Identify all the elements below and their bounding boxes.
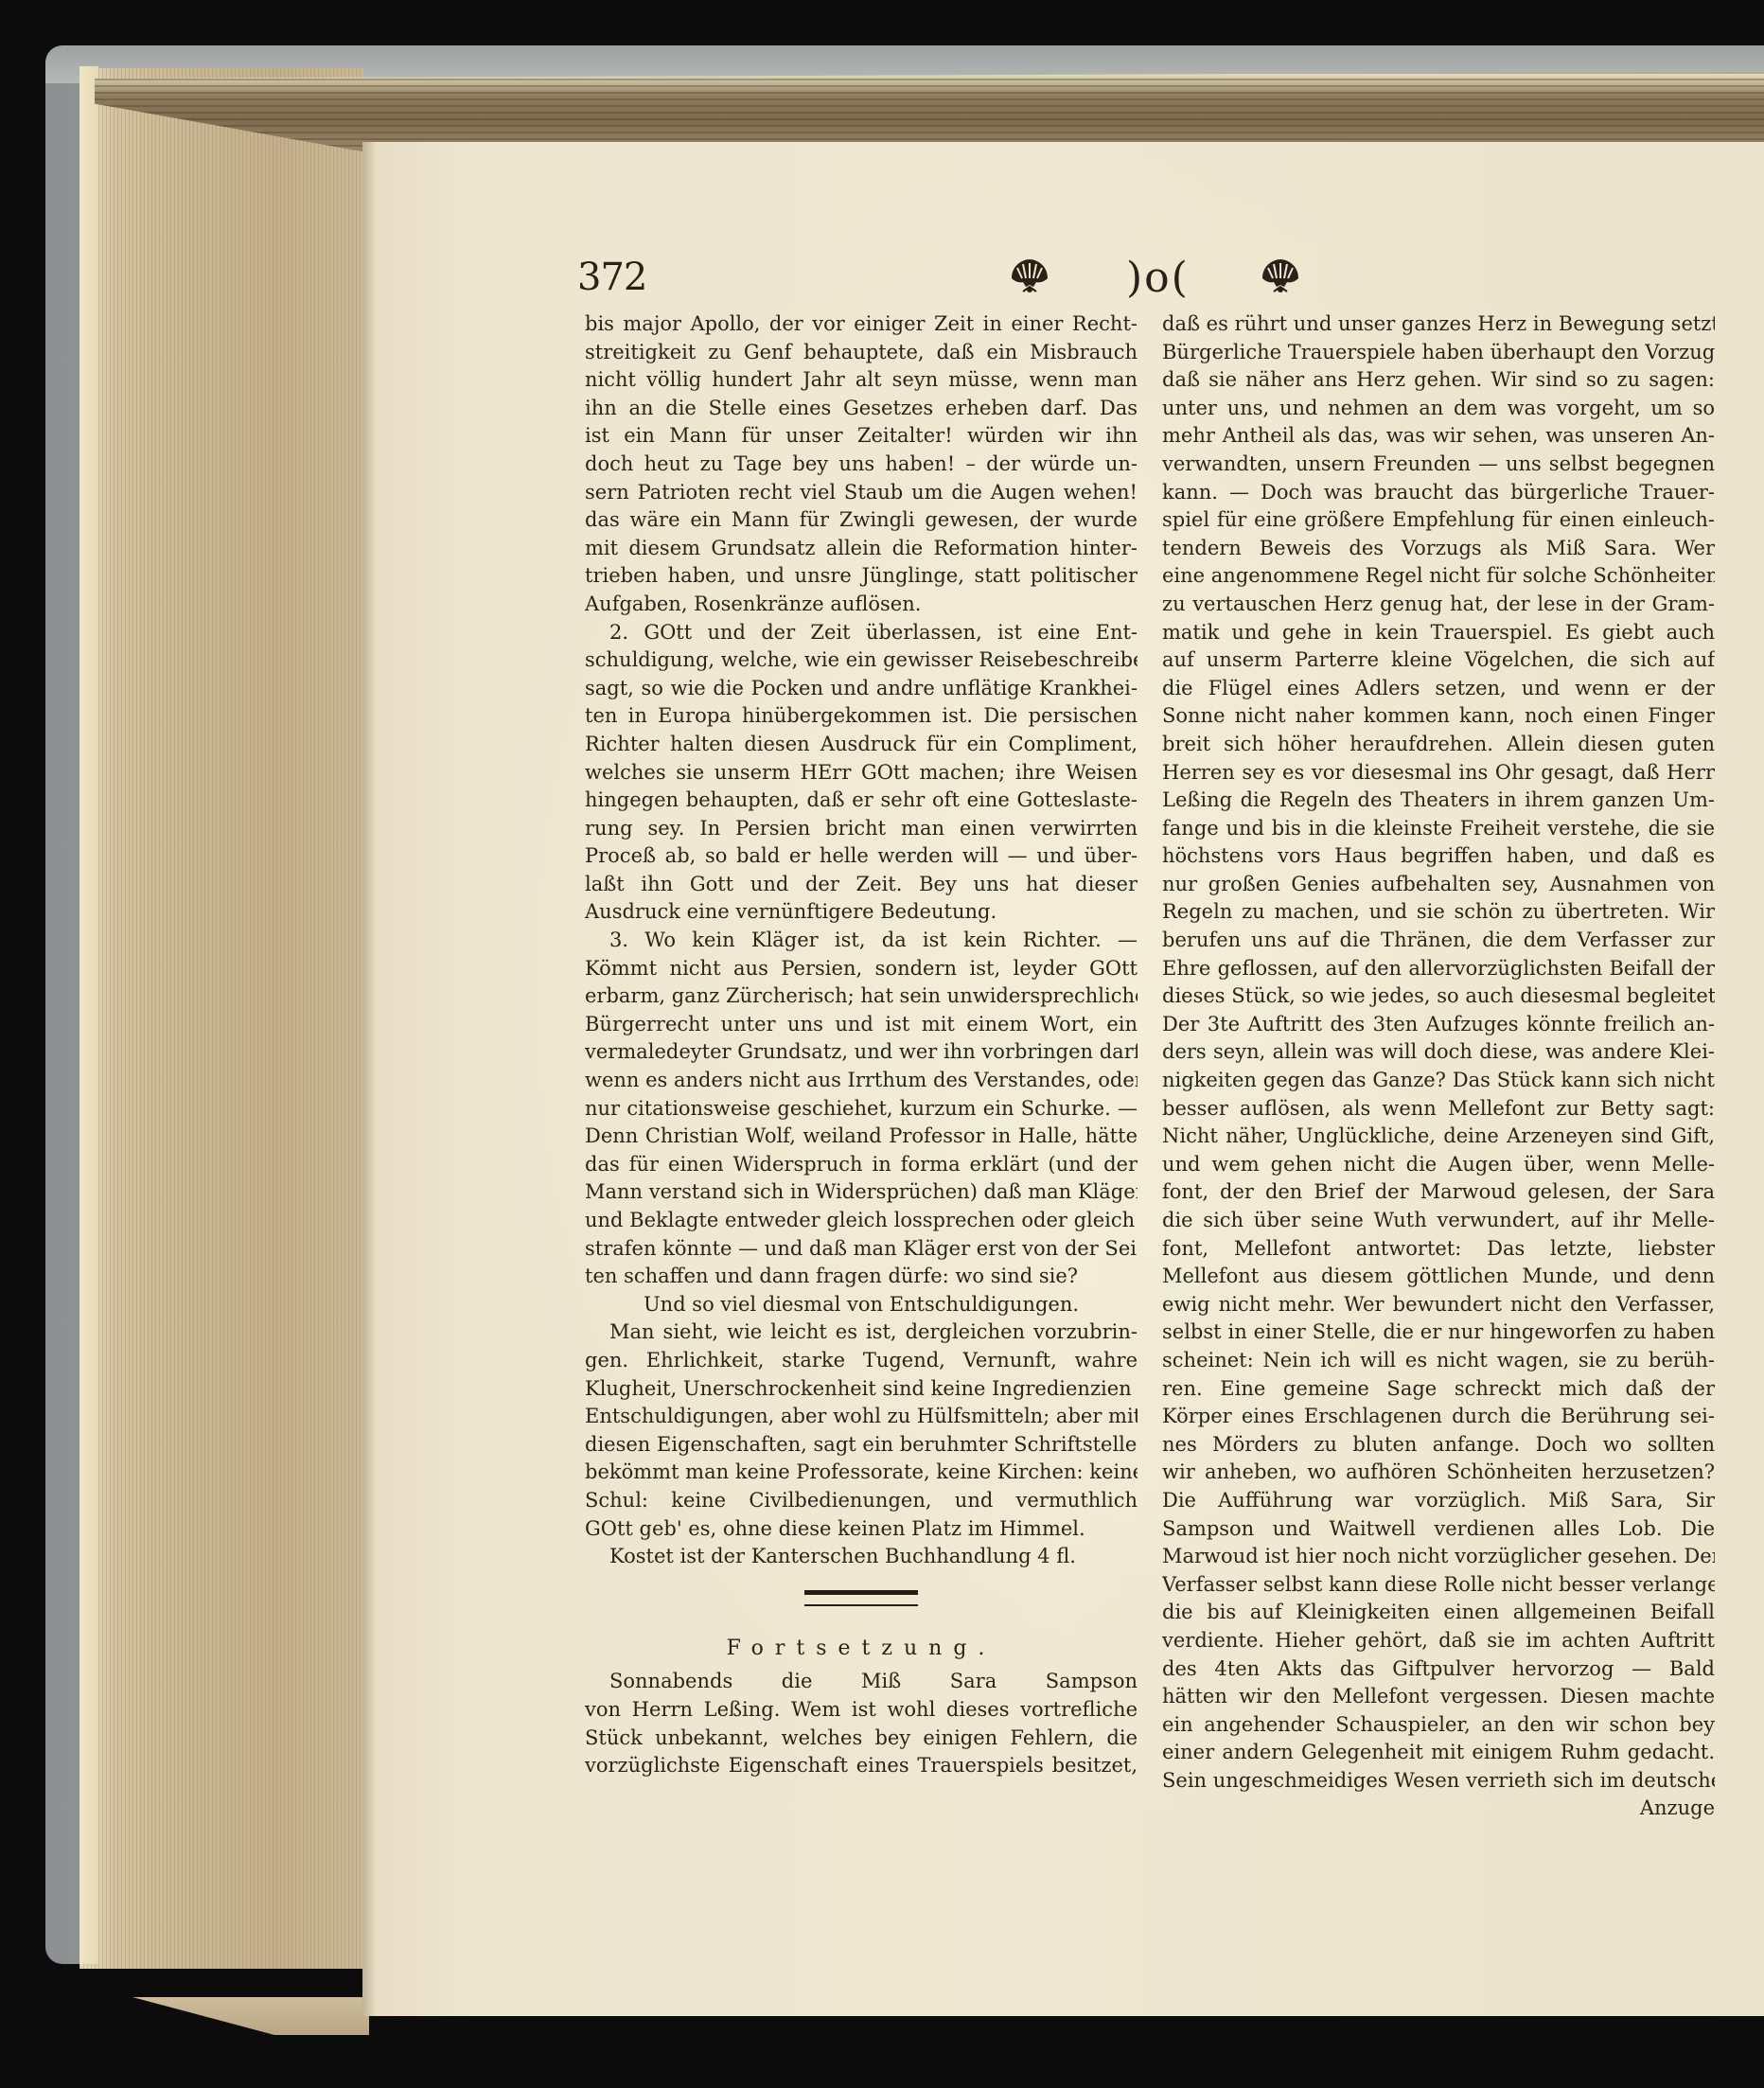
text-line: Kömmt nicht aus Persien, sondern ist, le… bbox=[585, 955, 1138, 983]
running-head: 372 )o( bbox=[577, 256, 1703, 303]
text-line: daß es rührt und unser ganzes Herz in Be… bbox=[1162, 310, 1715, 339]
text-line: Proceß ab, so bald er helle werden will … bbox=[585, 842, 1138, 871]
text-line: zu vertauschen Herz genug hat, der lese … bbox=[1162, 591, 1715, 619]
text-line: Stück unbekannt, welches bey einigen Feh… bbox=[585, 1725, 1138, 1753]
shell-ornament-icon bbox=[1259, 257, 1302, 295]
text-line: Sonnabends die Miß Sara Sampson bbox=[585, 1668, 1138, 1696]
text-line: Der 3te Auftritt des 3ten Aufzuges könnt… bbox=[1162, 1011, 1715, 1039]
text-line: auf unserm Parterre kleine Vögelchen, di… bbox=[1162, 646, 1715, 675]
text-line: Die Aufführung war vorzüglich. Miß Sara,… bbox=[1162, 1487, 1715, 1515]
text-line: das für einen Widerspruch in forma erklä… bbox=[585, 1151, 1138, 1179]
text-line: matik und gehe in kein Trauerspiel. Es g… bbox=[1162, 619, 1715, 647]
text-line: scheinet: Nein ich will es nicht wagen, … bbox=[1162, 1347, 1715, 1375]
text-line: Man sieht, wie leicht es ist, dergleiche… bbox=[585, 1318, 1138, 1347]
text-line: font, der den Brief der Marwoud gelesen,… bbox=[1162, 1178, 1715, 1207]
text-line: nicht völlig hundert Jahr alt seyn müsse… bbox=[585, 366, 1138, 395]
center-ornament: )o( bbox=[1126, 254, 1190, 302]
text-line: mit diesem Grundsatz allein die Reformat… bbox=[585, 535, 1138, 563]
text-line: nes Mörders zu bluten anfange. Doch wo s… bbox=[1162, 1431, 1715, 1460]
text-line: Nicht näher, Unglückliche, deine Arzeney… bbox=[1162, 1123, 1715, 1151]
page-block-fore-edge bbox=[79, 68, 363, 1969]
text-line: Ehre geflossen, auf den allervorzüglichs… bbox=[1162, 955, 1715, 983]
text-line: Bürgerrecht unter uns und ist mit einem … bbox=[585, 1011, 1138, 1039]
text-line: sagt, so wie die Pocken und andre unflät… bbox=[585, 675, 1138, 703]
text-line: fange und bis in die kleinste Freiheit v… bbox=[1162, 815, 1715, 843]
text-line: ten in Europa hinübergekommen ist. Die p… bbox=[585, 702, 1138, 731]
text-line: Und so viel diesmal von Entschuldigungen… bbox=[585, 1291, 1138, 1319]
text-line: Mellefont aus diesem göttlichen Munde, u… bbox=[1162, 1263, 1715, 1291]
text-line: Regeln zu machen, und sie schön zu übert… bbox=[1162, 898, 1715, 927]
text-line: selbst in einer Stelle, die er nur hinge… bbox=[1162, 1318, 1715, 1347]
text-line: bekömmt man keine Professorate, keine Ki… bbox=[585, 1459, 1138, 1487]
text-line: hingegen behaupten, daß er sehr oft eine… bbox=[585, 787, 1138, 815]
numbered-paragraph-start: 2. GOtt und der Zeit überlassen, ist ein… bbox=[585, 619, 1138, 647]
text-line: einer andern Gelegenheit mit einigem Ruh… bbox=[1162, 1739, 1715, 1767]
text-line: sern Patrioten recht viel Staub um die A… bbox=[585, 479, 1138, 507]
text-line: Herren sey es vor diesesmal ins Ohr gesa… bbox=[1162, 759, 1715, 787]
text-line: strafen könnte — und daß man Kläger erst… bbox=[585, 1235, 1138, 1264]
text-line: Aufgaben, Rosenkränze auflösen. bbox=[585, 591, 1138, 619]
text-line: tendern Beweis des Vorzugs als Miß Sara.… bbox=[1162, 535, 1715, 563]
text-line: diesen Eigenschaften, sagt ein beruhmter… bbox=[585, 1431, 1138, 1460]
page-gutter-shadow bbox=[362, 142, 376, 2016]
text-line: gen. Ehrlichkeit, starke Tugend, Vernunf… bbox=[585, 1347, 1138, 1375]
catchword: Anzuge bbox=[1162, 1795, 1715, 1823]
text-line: Sonne nicht naher kommen kann, noch eine… bbox=[1162, 702, 1715, 731]
text-line: und Beklagte entweder gleich lossprechen… bbox=[585, 1207, 1138, 1235]
left-text-column: bis major Apollo, der vor einiger Zeit i… bbox=[585, 310, 1138, 1780]
text-line: font, Mellefont antwortet: Das letzte, l… bbox=[1162, 1235, 1715, 1264]
text-line: Körper eines Erschlagenen durch die Berü… bbox=[1162, 1403, 1715, 1431]
text-line: des 4ten Akts das Giftpulver hervorzog —… bbox=[1162, 1655, 1715, 1684]
text-line: Leßing die Regeln des Theaters in ihrem … bbox=[1162, 787, 1715, 815]
text-line: ihn an die Stelle eines Gesetzes erheben… bbox=[585, 395, 1138, 423]
price-note: Kostet ist der Kanterschen Buchhandlung … bbox=[585, 1543, 1138, 1571]
text-line: nigkeiten gegen das Ganze? Das Stück kan… bbox=[1162, 1067, 1715, 1095]
section-title: Fortsetzung. bbox=[585, 1635, 1138, 1663]
text-line: Sampson und Waitwell verdienen alles Lob… bbox=[1162, 1515, 1715, 1544]
text-line: spiel für eine größere Empfehlung für ei… bbox=[1162, 506, 1715, 535]
text-line: unter uns, und nehmen an dem was vorgeht… bbox=[1162, 395, 1715, 423]
text-line: Klugheit, Unerschrockenheit sind keine I… bbox=[585, 1375, 1138, 1404]
text-line: vermaledeyter Grundsatz, und wer ihn vor… bbox=[585, 1038, 1138, 1067]
text-line: bis major Apollo, der vor einiger Zeit i… bbox=[585, 310, 1138, 339]
right-text-column: daß es rührt und unser ganzes Herz in Be… bbox=[1162, 310, 1715, 1823]
text-line: Entschuldigungen, aber wohl zu Hülfsmitt… bbox=[585, 1403, 1138, 1431]
text-line: nur großen Genies aufbehalten sey, Ausna… bbox=[1162, 871, 1715, 899]
text-line: erbarm, ganz Zürcherisch; hat sein unwid… bbox=[585, 982, 1138, 1011]
text-line: hätten wir den Mellefont vergessen. Dies… bbox=[1162, 1683, 1715, 1711]
text-line: ist ein Mann für unser Zeitalter! würden… bbox=[585, 422, 1138, 451]
text-line: das wäre ein Mann für Zwingli gewesen, d… bbox=[585, 506, 1138, 535]
text-line: nur citationsweise geschiehet, kurzum ei… bbox=[585, 1095, 1138, 1124]
text-line: Bürgerliche Trauerspiele haben überhaupt… bbox=[1162, 339, 1715, 367]
text-line: Denn Christian Wolf, weiland Professor i… bbox=[585, 1123, 1138, 1151]
text-line: höchstens vors Haus begriffen haben, und… bbox=[1162, 842, 1715, 871]
text-line: Sein ungeschmeidiges Wesen verrieth sich… bbox=[1162, 1767, 1715, 1796]
text-line: ders seyn, allein was will doch diese, w… bbox=[1162, 1038, 1715, 1067]
text-line: GOtt geb' es, ohne diese keinen Platz im… bbox=[585, 1515, 1138, 1544]
text-line: mehr Antheil als das, was wir sehen, was… bbox=[1162, 422, 1715, 451]
text-line: wenn es anders nicht aus Irrthum des Ver… bbox=[585, 1067, 1138, 1095]
text-line: Ausdruck eine vernünftigere Bedeutung. bbox=[585, 898, 1138, 927]
text-line: ren. Eine gemeine Sage schreckt mich daß… bbox=[1162, 1375, 1715, 1404]
text-line: streitigkeit zu Genf behauptete, daß ein… bbox=[585, 339, 1138, 367]
page-number: 372 bbox=[577, 256, 646, 299]
section-divider-rule bbox=[804, 1590, 918, 1606]
text-line: doch heut zu Tage bey uns haben! – der w… bbox=[585, 451, 1138, 479]
text-line: berufen uns auf die Thränen, die dem Ver… bbox=[1162, 927, 1715, 955]
text-line: ten schaffen und dann fragen dürfe: wo s… bbox=[585, 1263, 1138, 1291]
text-line: wir anheben, wo aufhören Schönheiten her… bbox=[1162, 1459, 1715, 1487]
text-line: besser auflösen, als wenn Mellefont zur … bbox=[1162, 1095, 1715, 1124]
text-line: Marwoud ist hier noch nicht vorzüglicher… bbox=[1162, 1543, 1715, 1571]
text-line: die bis auf Kleinigkeiten einen allgemei… bbox=[1162, 1599, 1715, 1627]
text-line: Verfasser selbst kann diese Rolle nicht … bbox=[1162, 1571, 1715, 1600]
shell-ornament-icon bbox=[1008, 257, 1051, 295]
text-line: schuldigung, welche, wie ein gewisser Re… bbox=[585, 646, 1138, 675]
text-line: verwandten, unsern Freunden — uns selbst… bbox=[1162, 451, 1715, 479]
text-line: die sich über seine Wuth verwundert, auf… bbox=[1162, 1207, 1715, 1235]
text-line: vorzüglichste Eigenschaft eines Trauersp… bbox=[585, 1752, 1138, 1780]
text-line: laßt ihn Gott und der Zeit. Bey uns hat … bbox=[585, 871, 1138, 899]
text-line: Richter halten diesen Ausdruck für ein C… bbox=[585, 731, 1138, 759]
text-line: ewig nicht mehr. Wer bewundert nicht den… bbox=[1162, 1291, 1715, 1319]
page-block-top-edge bbox=[95, 72, 1764, 151]
text-line: welches sie unserm HErr GOtt machen; ihr… bbox=[585, 759, 1138, 787]
text-line: rung sey. In Persien bricht man einen ve… bbox=[585, 815, 1138, 843]
text-line: Mann verstand sich in Widersprüchen) daß… bbox=[585, 1178, 1138, 1207]
text-line: daß sie näher ans Herz gehen. Wir sind s… bbox=[1162, 366, 1715, 395]
text-line: kann. — Doch was braucht das bürgerliche… bbox=[1162, 479, 1715, 507]
text-line: trieben haben, und unsre Jünglinge, stat… bbox=[585, 562, 1138, 591]
text-line: verdiente. Hieher gehört, daß sie im ach… bbox=[1162, 1627, 1715, 1655]
text-line: dieses Stück, so wie jedes, so auch dies… bbox=[1162, 982, 1715, 1011]
text-line: ein angehender Schauspieler, an den wir … bbox=[1162, 1711, 1715, 1740]
text-line: von Herrn Leßing. Wem ist wohl dieses vo… bbox=[585, 1696, 1138, 1725]
text-line: breit sich höher heraufdrehen. Allein di… bbox=[1162, 731, 1715, 759]
text-line: Schul: keine Civilbedienungen, und vermu… bbox=[585, 1487, 1138, 1515]
numbered-paragraph-start: 3. Wo kein Kläger ist, da ist kein Richt… bbox=[585, 927, 1138, 955]
text-line: und wem gehen nicht die Augen über, wenn… bbox=[1162, 1151, 1715, 1179]
text-line: eine angenommene Regel nicht für solche … bbox=[1162, 562, 1715, 591]
text-line: die Flügel eines Adlers setzen, und wenn… bbox=[1162, 675, 1715, 703]
endpaper-edge bbox=[79, 66, 98, 1964]
